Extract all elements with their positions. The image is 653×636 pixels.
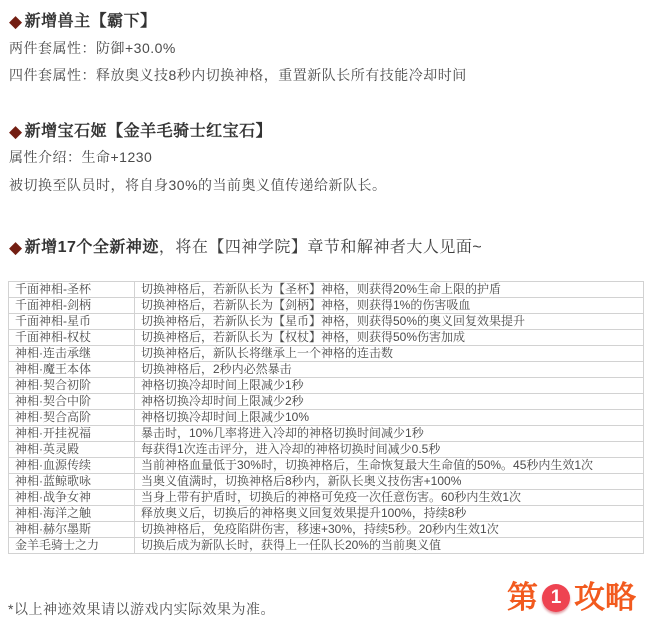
diamond-bullet-icon: ◆ <box>9 12 23 31</box>
footnote: *以上神迹效果请以游戏内实际效果为准。 <box>8 599 275 619</box>
miracle-name: 神相·魔王本体 <box>9 362 135 378</box>
miracle-effect: 切换神格后，新队长将继承上一个神格的连击数 <box>135 346 644 362</box>
table-row: 神相·连击承继切换神格后，新队长将继承上一个神格的连击数 <box>9 346 644 362</box>
miracle-name: 神相·开挂祝福 <box>9 426 135 442</box>
miracle-effect: 切换后成为新队长时，获得上一任队长20%的当前奥义值 <box>135 538 644 554</box>
table-row: 神相·契合初阶神格切换冷却时间上限减少1秒 <box>9 378 644 394</box>
miracle-name: 千面神相-星币 <box>9 314 135 330</box>
table-row: 千面神相-权杖切换神格后，若新队长为【权杖】神格，则获得50%伤害加成 <box>9 330 644 346</box>
heading-text: 新增兽主【霸下】 <box>25 13 157 30</box>
miracle-effect: 神格切换冷却时间上限减少10% <box>135 410 644 426</box>
miracle-name: 神相·战争女神 <box>9 490 135 506</box>
miracle-table-body: 千面神相-圣杯切换神格后，若新队长为【圣杯】神格，则获得20%生命上限的护盾千面… <box>9 282 644 554</box>
section-heading-gem-princess: ◆新增宝石姬【金羊毛骑士红宝石】 <box>9 118 272 142</box>
two-piece-attribute-line: 两件套属性：防御+30.0% <box>9 38 176 58</box>
miracle-effect: 暴击时，10%几率将进入冷却的神格切换时间减少1秒 <box>135 426 644 442</box>
four-piece-attribute-line: 四件套属性：释放奥义技8秒内切换神格，重置新队长所有技能冷却时间 <box>9 65 467 85</box>
miracle-name: 神相·契合中阶 <box>9 394 135 410</box>
table-row: 神相·魔王本体切换神格后，2秒内必然暴击 <box>9 362 644 378</box>
miracle-name: 神相·海洋之触 <box>9 506 135 522</box>
switch-effect-line: 被切换至队员时，将自身30%的当前奥义值传递给新队长。 <box>9 175 387 195</box>
table-row: 神相·英灵殿每获得1次连击评分，进入冷却的神格切换时间减少0.5秒 <box>9 442 644 458</box>
table-row: 神相·契合高阶神格切换冷却时间上限减少10% <box>9 410 644 426</box>
miracle-effect: 当身上带有护盾时，切换后的神格可免疫一次任意伤害。60秒内生效1次 <box>135 490 644 506</box>
miracle-name: 神相·英灵殿 <box>9 442 135 458</box>
miracle-effect: 切换神格后，若新队长为【星币】神格，则获得50%的奥义回复效果提升 <box>135 314 644 330</box>
miracle-table: 千面神相-圣杯切换神格后，若新队长为【圣杯】神格，则获得20%生命上限的护盾千面… <box>8 281 644 554</box>
miracle-name: 千面神相-剑柄 <box>9 298 135 314</box>
strategy-watermark-logo: 第 1 攻略 <box>507 581 636 615</box>
table-row: 神相·海洋之触释放奥义后，切换后的神格奥义回复效果提升100%，持续8秒 <box>9 506 644 522</box>
miracle-effect: 切换神格后，若新队长为【圣杯】神格，则获得20%生命上限的护盾 <box>135 282 644 298</box>
miracle-effect: 切换神格后，2秒内必然暴击 <box>135 362 644 378</box>
miracle-name: 神相·契合初阶 <box>9 378 135 394</box>
table-row: 神相·开挂祝福暴击时，10%几率将进入冷却的神格切换时间减少1秒 <box>9 426 644 442</box>
section-heading-new-miracles: ◆新增17个全新神迹，将在【四神学院】章节和解神者大人见面~ <box>9 234 482 258</box>
miracle-effect: 切换神格后，若新队长为【权杖】神格，则获得50%伤害加成 <box>135 330 644 346</box>
table-row: 神相·赫尔墨斯切换神格后，免疫陷阱伤害，移速+30%，持续5秒。20秒内生效1次 <box>9 522 644 538</box>
diamond-bullet-icon: ◆ <box>9 122 23 141</box>
miracle-name: 神相·契合高阶 <box>9 410 135 426</box>
table-row: 金羊毛骑士之力切换后成为新队长时，获得上一任队长20%的当前奥义值 <box>9 538 644 554</box>
table-row: 千面神相-星币切换神格后，若新队长为【星币】神格，则获得50%的奥义回复效果提升 <box>9 314 644 330</box>
section-heading-beast-lord: ◆新增兽主【霸下】 <box>9 8 157 32</box>
logo-suffix: 攻略 <box>574 581 636 615</box>
table-row: 神相·战争女神当身上带有护盾时，切换后的神格可免疫一次任意伤害。60秒内生效1次 <box>9 490 644 506</box>
logo-prefix: 第 <box>507 581 538 615</box>
heading-rest-text: ，将在【四神学院】章节和解神者大人见面~ <box>159 239 482 256</box>
miracle-effect: 当奥义值满时，切换神格后8秒内，新队长奥义技伤害+100% <box>135 474 644 490</box>
table-row: 神相·蓝鲸歌咏当奥义值满时，切换神格后8秒内，新队长奥义技伤害+100% <box>9 474 644 490</box>
miracle-effect: 释放奥义后，切换后的神格奥义回复效果提升100%，持续8秒 <box>135 506 644 522</box>
miracle-effect: 当前神格血量低于30%时，切换神格后，生命恢复最大生命值的50%。45秒内生效1… <box>135 458 644 474</box>
heading-text: 新增17个全新神迹 <box>25 239 159 256</box>
miracle-effect: 切换神格后，免疫陷阱伤害，移速+30%，持续5秒。20秒内生效1次 <box>135 522 644 538</box>
miracle-name: 神相·血源传续 <box>9 458 135 474</box>
miracle-effect: 神格切换冷却时间上限减少2秒 <box>135 394 644 410</box>
miracle-name: 神相·蓝鲸歌咏 <box>9 474 135 490</box>
miracle-effect: 切换神格后，若新队长为【剑柄】神格，则获得1%的伤害吸血 <box>135 298 644 314</box>
table-row: 神相·血源传续当前神格血量低于30%时，切换神格后，生命恢复最大生命值的50%。… <box>9 458 644 474</box>
table-row: 神相·契合中阶神格切换冷却时间上限减少2秒 <box>9 394 644 410</box>
diamond-bullet-icon: ◆ <box>9 238 23 257</box>
heading-text: 新增宝石姬【金羊毛骑士红宝石】 <box>25 123 273 140</box>
miracle-name: 神相·连击承继 <box>9 346 135 362</box>
miracle-name: 神相·赫尔墨斯 <box>9 522 135 538</box>
table-row: 千面神相-圣杯切换神格后，若新队长为【圣杯】神格，则获得20%生命上限的护盾 <box>9 282 644 298</box>
table-row: 千面神相-剑柄切换神格后，若新队长为【剑柄】神格，则获得1%的伤害吸血 <box>9 298 644 314</box>
logo-number-badge: 1 <box>542 584 570 612</box>
patch-notes-page: ◆新增兽主【霸下】 两件套属性：防御+30.0% 四件套属性：释放奥义技8秒内切… <box>0 0 653 636</box>
miracle-name: 千面神相-圣杯 <box>9 282 135 298</box>
miracle-name: 千面神相-权杖 <box>9 330 135 346</box>
miracle-name: 金羊毛骑士之力 <box>9 538 135 554</box>
miracle-effect: 每获得1次连击评分，进入冷却的神格切换时间减少0.5秒 <box>135 442 644 458</box>
attribute-intro-line: 属性介绍：生命+1230 <box>9 147 152 167</box>
miracle-effect: 神格切换冷却时间上限减少1秒 <box>135 378 644 394</box>
